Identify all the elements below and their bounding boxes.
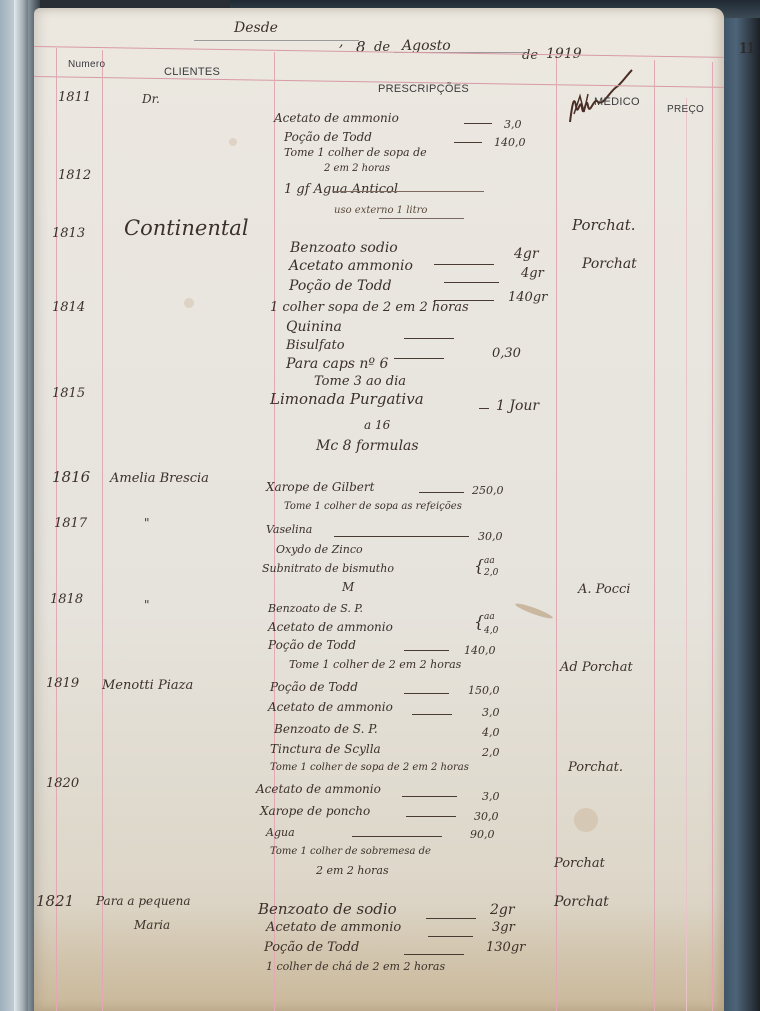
rx-qty: 3,0 [504,118,522,131]
rx-line: Poção de Todd [264,940,359,955]
brace: { [474,612,484,631]
rx-qty: 2,0 [484,568,498,578]
header-clientes: CLIENTES [164,66,220,78]
rx-qty: 140,0 [494,136,526,149]
stain [574,808,598,832]
rx-line: a 16 [364,418,390,432]
row-cliente: " [144,516,150,530]
row-numero: 1817 [54,516,87,531]
rx-qty: 2gr [490,902,515,918]
rx-line: Xarope de poncho [260,804,370,818]
rx-line: Quinina [286,319,342,335]
rx-qty: aa [484,612,495,622]
row-numero: 1816 [52,468,90,486]
rx-dash [479,408,489,409]
rx-directions: Tome 1 colher de sopa as refeições [284,501,462,512]
rx-dash [402,796,457,797]
stain [229,138,237,146]
row-medico: Porchat [554,856,605,871]
row-medico: Porchat. [572,216,636,234]
rx-line: Acetato de ammonio [274,111,399,125]
row-numero: 1818 [50,592,83,607]
rx-line: Benzoato de S. P. [274,722,378,736]
rx-dash [454,142,482,143]
rx-qty: 140,0 [464,644,496,657]
column-rule-preco [712,62,713,1011]
stain [514,601,554,620]
rx-qty: 3,0 [482,706,500,719]
rx-qty: aa [484,556,495,566]
rx-line: Oxydo de Zinco [276,543,363,556]
rx-line: Acetato ammonio [289,258,413,274]
page-number: 11 [739,38,755,58]
rx-qty: 4,0 [484,626,498,636]
rx-qty: 30,0 [478,530,503,543]
rx-line: Bisulfato [286,338,345,353]
header-preco: PREÇO [667,104,704,115]
rx-line: Benzoato sodio [290,240,398,256]
column-rule-numero [102,50,103,1011]
row-numero: 1821 [36,892,74,910]
rx-dash [352,836,442,837]
rx-dash [404,693,449,694]
rx-line: Poção de Todd [289,278,392,294]
row-numero: 1813 [52,226,85,241]
row-numero: 1815 [52,386,85,401]
rx-qty: 4gr [514,246,539,262]
rx-dash [426,918,476,919]
rx-dash [419,492,464,493]
rx-directions: Tome 3 ao dia [314,374,406,389]
rx-dash [434,264,494,265]
rx-dash [464,123,492,124]
rx-qty: 1 Jour [496,398,539,414]
rx-qty: 140gr [508,290,547,305]
row-cliente: " [144,598,150,612]
rx-line: Vaselina [266,523,312,536]
row-numero: 1820 [46,776,79,791]
rx-directions: Tome 1 colher de 2 em 2 horas [289,658,461,671]
header-medico: MEDICO [594,96,640,108]
rx-qty: 3,0 [482,790,500,803]
rx-line: Xarope de Gilbert [266,480,374,494]
rx-dash [404,650,449,651]
rx-line: Para caps nº 6 [286,356,388,372]
rx-directions: Tome 1 colher de sobremesa de [270,846,431,857]
rx-dash [444,282,499,283]
row-cliente-2: Maria [134,918,170,932]
row-cliente: Continental [124,216,249,240]
date-connector: de [522,48,538,63]
rx-qty: 150,0 [468,684,500,697]
rx-line: uso externo 1 litro [334,205,427,216]
underline [379,218,464,219]
rx-dash [406,816,456,817]
row-numero: 1814 [52,300,85,315]
rx-line: Tinctura de Scylla [270,742,381,756]
date-underline [194,40,359,41]
rx-line: Benzoato de S. P. [268,602,363,615]
column-rule-medico [654,60,655,1011]
book-edge-right [720,0,760,1011]
rx-line: Acetato de ammonio [268,700,393,714]
rx-directions: 2 em 2 horas [324,163,390,174]
rx-dash [394,358,444,359]
row-cliente: Dr. [142,92,160,106]
rx-line: Mc 8 formulas [316,438,419,454]
book-binding [14,0,28,1011]
row-medico: Ad Porchat [560,660,633,675]
rx-line: Limonada Purgativa [270,390,424,408]
rx-directions: 1 colher de chá de 2 em 2 horas [266,960,445,973]
rx-line: Poção de Todd [268,638,356,652]
rx-qty: 0,30 [492,346,521,361]
row-numero: 1812 [58,168,91,183]
rx-dash [404,954,464,955]
rx-line: M [342,580,354,594]
rx-directions: 1 colher sopa de 2 em 2 horas [270,300,469,315]
date-connector: de [374,40,390,55]
header-numero: Numero [68,59,105,70]
rx-line: Poção de Todd [284,130,372,144]
rx-line: Acetato de ammonio [266,920,401,935]
rx-line: Poção de Todd [270,680,358,694]
rx-dash [428,936,473,937]
rx-qty: 2,0 [482,746,500,759]
rx-qty: 90,0 [470,828,495,841]
row-medico: A. Pocci [578,582,630,597]
rx-dash [412,714,452,715]
strike-line [334,191,484,192]
rx-directions: Tome 1 colher de sopa de [284,146,427,159]
row-numero: 1811 [58,90,91,105]
row-medico: Porchat [554,894,609,910]
rx-line: Subnitrato de bismutho [262,562,394,575]
rx-line: Benzoato de sodio [258,900,397,918]
rx-line: Acetato de ammonio [256,782,381,796]
rx-qty: 250,0 [472,484,504,497]
signature-scrawl [566,66,636,124]
rx-dash [404,338,454,339]
stain [184,298,194,308]
row-cliente: Amelia Brescia [110,471,209,486]
rx-line: 1 gf Agua Anticol [284,182,398,197]
row-numero: 1819 [46,676,79,691]
brace: { [474,556,484,575]
column-rule-preco-inner [686,98,687,1011]
row-medico: Porchat [582,256,637,272]
ledger-page: 11 Desde , 8 de Agosto de 1919 Numero CL… [34,8,724,1011]
header-prescripcoes: PRESCRIPÇÕES [378,83,469,95]
rx-qty: 4gr [521,266,544,281]
date-prefix: Desde [234,20,278,36]
date-comma: , [339,34,343,50]
rx-qty: 3gr [492,920,515,935]
rx-directions: Tome 1 colher de sopa de 2 em 2 horas [270,762,469,773]
rx-qty: 30,0 [474,810,499,823]
date-day: 8 [356,38,366,56]
row-medico: Porchat. [568,760,623,775]
rx-dash [334,536,469,537]
row-cliente: Menotti Piaza [102,678,193,693]
rx-qty: 4,0 [482,726,500,739]
rx-directions: 2 em 2 horas [316,864,389,877]
rx-qty: 130gr [486,940,525,955]
row-cliente: Para a pequena [96,894,191,908]
rx-line: Acetato de ammonio [268,620,393,634]
rx-line: Agua [266,826,295,839]
